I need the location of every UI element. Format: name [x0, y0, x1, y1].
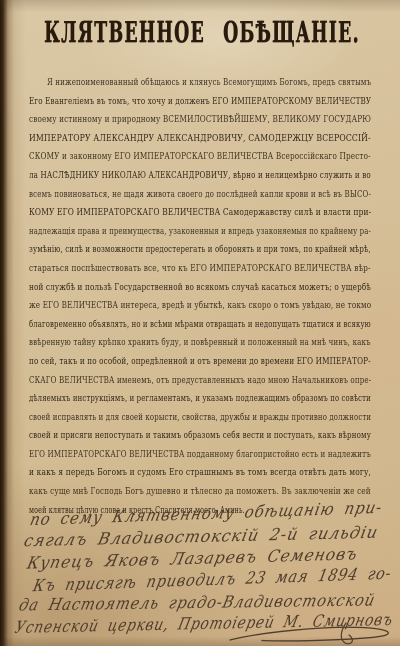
page-top-edge-shadow	[0, 0, 400, 12]
printed-line: стараться поспѣшествовать все, что къ ЕГ…	[29, 260, 371, 279]
printed-oath-text: Я нижепоименованный обѣщаюсь и клянусь В…	[29, 74, 371, 520]
printed-line: же ЕГО ВЕЛИЧЕСТВА интереса, вредѣ и убыт…	[29, 297, 371, 316]
printed-line: ла НАСЛѢДНИКУ НИКОЛАЮ АЛЕКСАНДРОВИЧУ, вѣ…	[29, 167, 371, 186]
printed-line: благовременно объявлять, но и всѣми мѣра…	[29, 316, 371, 335]
printed-line: Его Евангеліемъ въ томъ, что хочу и долж…	[29, 93, 371, 112]
printed-line: надлежащія права и преимущества, узаконе…	[29, 223, 371, 242]
printed-line: по сей, такъ и по особой, опредѣленной и…	[29, 353, 371, 372]
printed-line: ИМПЕРАТОРУ АЛЕКСАНДРУ АЛЕКСАНДРОВИЧУ, СА…	[29, 130, 371, 149]
printed-line: какъ суще мнѣ Господь Богъ душевно и тѣл…	[29, 483, 371, 502]
document-title-text: КЛЯТВЕННОЕ ОБѢЩАНІЕ.	[44, 13, 360, 54]
oath-document-page: КЛЯТВЕННОЕ ОБѢЩАНІЕ. Я нижепоименованный…	[0, 0, 400, 646]
printed-line: ввѣренную тайну крѣпко хранить буду, и п…	[29, 334, 371, 353]
printed-line: своему истинному и природному ВСЕМИЛОСТИ…	[29, 111, 371, 130]
printed-line: и какъ я передъ Богомъ и судомъ Его стра…	[29, 464, 371, 483]
signature-flourish	[228, 622, 396, 646]
printed-line: СКАГО ВЕЛИЧЕСТВА именемъ, отъ предуставл…	[29, 372, 371, 391]
printed-line: зумѣнію, силѣ и возможности предостерега…	[29, 241, 371, 260]
document-title: КЛЯТВЕННОЕ ОБѢЩАНІЕ.	[44, 16, 360, 56]
printed-line: СКОМУ и законному ЕГО ИМПЕРАТОРСКАГО ВЕЛ…	[29, 148, 371, 167]
printed-line: всемъ повиноваться, не щадя живота своег…	[29, 186, 371, 205]
printed-line: дѣляемыхъ инструкціямъ, и регламентамъ, …	[29, 390, 371, 409]
printed-line: ЕГО ИМПЕРАТОРСКАГО ВЕЛИЧЕСТВА подданному…	[29, 446, 371, 465]
printed-line: своей и присяги непоступать и такимъ обр…	[29, 427, 371, 446]
printed-line: КОМУ ЕГО ИМПЕРАТОРСКАГО ВЕЛИЧЕСТВА Самод…	[29, 204, 371, 223]
printed-line: Я нижепоименованный обѣщаюсь и клянусь В…	[47, 74, 371, 93]
printed-line: ной службѣ и пользѣ Государственной во в…	[29, 279, 371, 298]
printed-line: своей исправлять и для своей корысти, св…	[29, 409, 371, 428]
